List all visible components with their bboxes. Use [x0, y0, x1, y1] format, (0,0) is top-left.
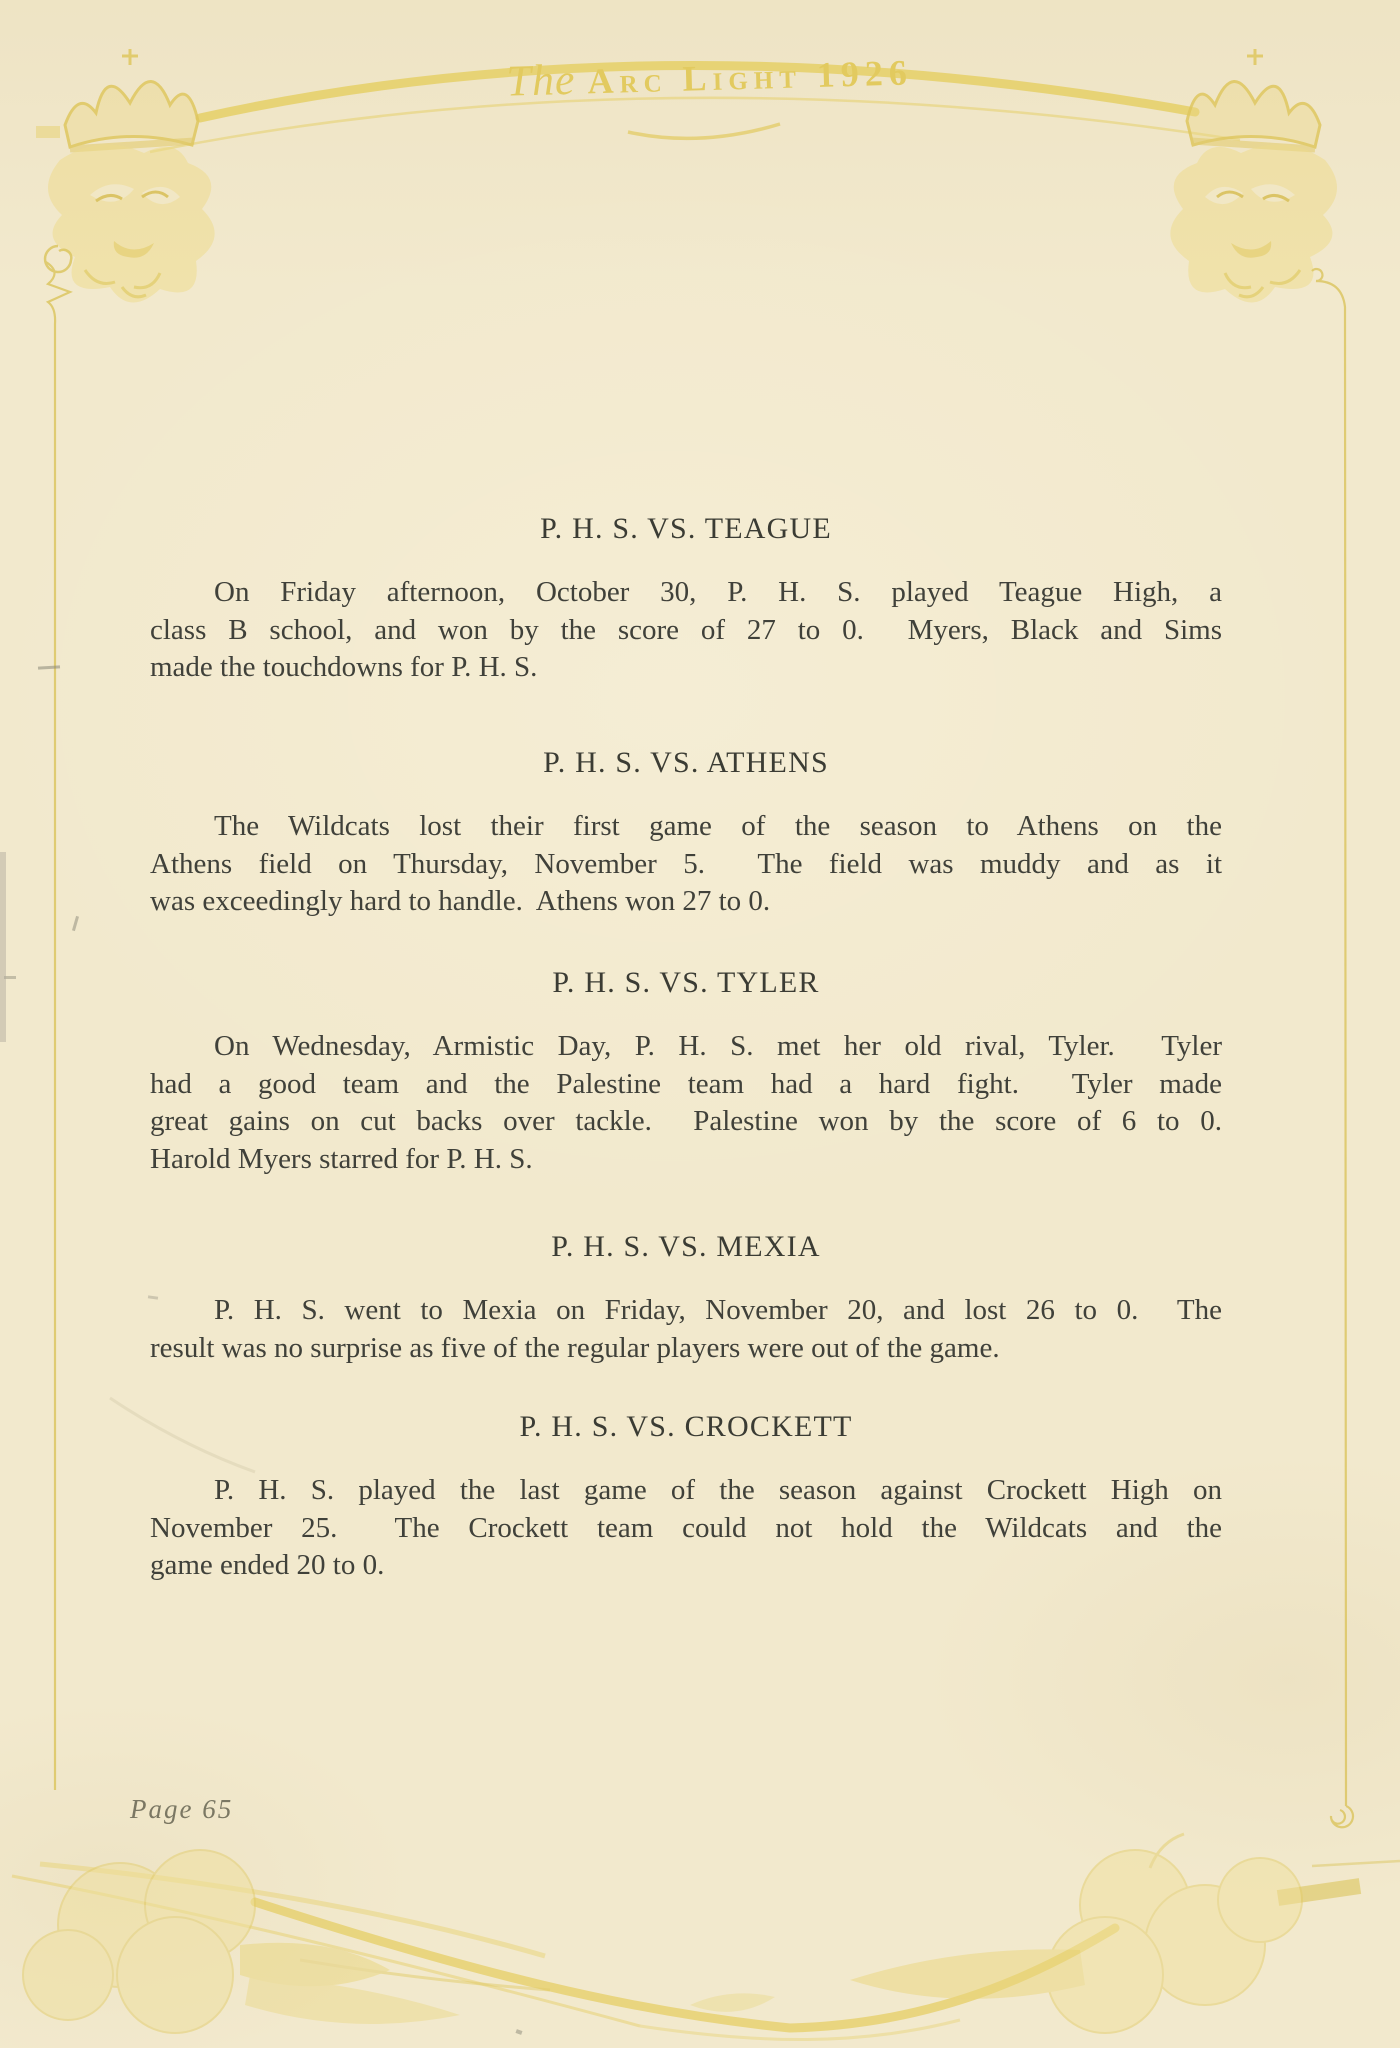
- paragraph-line: Athens field on Thursday, November 5. Th…: [150, 846, 1222, 884]
- left-border-line: [45, 246, 71, 1790]
- right-border-line: [1278, 269, 1400, 1898]
- section-heading: P. H. S. VS. ATHENS: [150, 742, 1222, 784]
- paragraph-line: The Wildcats lost their first game of th…: [150, 808, 1222, 846]
- crowned-face-ornament-left: [48, 49, 215, 303]
- paragraph-line: On Friday afternoon, October 30, P. H. S…: [150, 574, 1222, 612]
- paragraph-line: made the touchdowns for P. H. S.: [150, 649, 1222, 687]
- pencil-dash-mark: [38, 665, 60, 669]
- paragraph-line: had a good team and the Palestine team h…: [150, 1066, 1222, 1104]
- title-script-word: The: [506, 55, 576, 106]
- section-paragraph: P. H. S. played the last game of the sea…: [150, 1472, 1222, 1585]
- paragraph-line: was exceedingly hard to handle. Athens w…: [150, 883, 1222, 921]
- section-paragraph: On Friday afternoon, October 30, P. H. S…: [150, 574, 1222, 687]
- page-number: Page 65: [130, 1794, 233, 1825]
- crowned-face-ornament-right: [1170, 49, 1337, 303]
- paragraph-line: P. H. S. played the last game of the sea…: [150, 1472, 1222, 1510]
- paragraph-line: result was no surprise as five of the re…: [150, 1330, 1222, 1368]
- yearbook-page: The Arc Light 1926 P. H. S. VS. TEAGUE O…: [0, 0, 1400, 2048]
- section-heading: P. H. S. VS. TEAGUE: [150, 508, 1222, 550]
- pencil-tick-mark: [72, 916, 79, 931]
- section-heading: P. H. S. VS. TYLER: [150, 962, 1222, 1004]
- section-crockett: P. H. S. VS. CROCKETT P. H. S. played th…: [150, 1406, 1222, 1585]
- cotton-boll-ornament-left: [23, 1850, 550, 2033]
- bottom-border-garland: [12, 1864, 1115, 2040]
- section-paragraph: On Wednesday, Armistic Day, P. H. S. met…: [150, 1028, 1222, 1178]
- paragraph-line: Harold Myers starred for P. H. S.: [150, 1141, 1222, 1179]
- section-paragraph: The Wildcats lost their first game of th…: [150, 808, 1222, 921]
- speck-mark: [515, 2029, 522, 2035]
- paragraph-line: P. H. S. went to Mexia on Friday, Novemb…: [150, 1292, 1222, 1330]
- paragraph-line: November 25. The Crockett team could not…: [150, 1510, 1222, 1548]
- title-caps-words: Arc Light 1926: [587, 52, 913, 101]
- section-paragraph: P. H. S. went to Mexia on Friday, Novemb…: [150, 1292, 1222, 1367]
- scan-edge-shadow: [0, 852, 6, 1042]
- section-teague: P. H. S. VS. TEAGUE On Friday afternoon,…: [150, 508, 1222, 687]
- section-heading: P. H. S. VS. MEXIA: [150, 1226, 1222, 1268]
- paragraph-line: great gains on cut backs over tackle. Pa…: [150, 1103, 1222, 1141]
- section-heading: P. H. S. VS. CROCKETT: [150, 1406, 1222, 1448]
- section-tyler: P. H. S. VS. TYLER On Wednesday, Armisti…: [150, 962, 1222, 1178]
- paragraph-line: game ended 20 to 0.: [150, 1547, 1222, 1585]
- section-mexia: P. H. S. VS. MEXIA P. H. S. went to Mexi…: [150, 1226, 1222, 1367]
- cotton-boll-ornament-right: [690, 1834, 1302, 2033]
- paragraph-line: class B school, and won by the score of …: [150, 612, 1222, 650]
- section-athens: P. H. S. VS. ATHENS The Wildcats lost th…: [150, 742, 1222, 921]
- paragraph-line: On Wednesday, Armistic Day, P. H. S. met…: [150, 1028, 1222, 1066]
- yearbook-running-title: The Arc Light 1926: [499, 44, 921, 136]
